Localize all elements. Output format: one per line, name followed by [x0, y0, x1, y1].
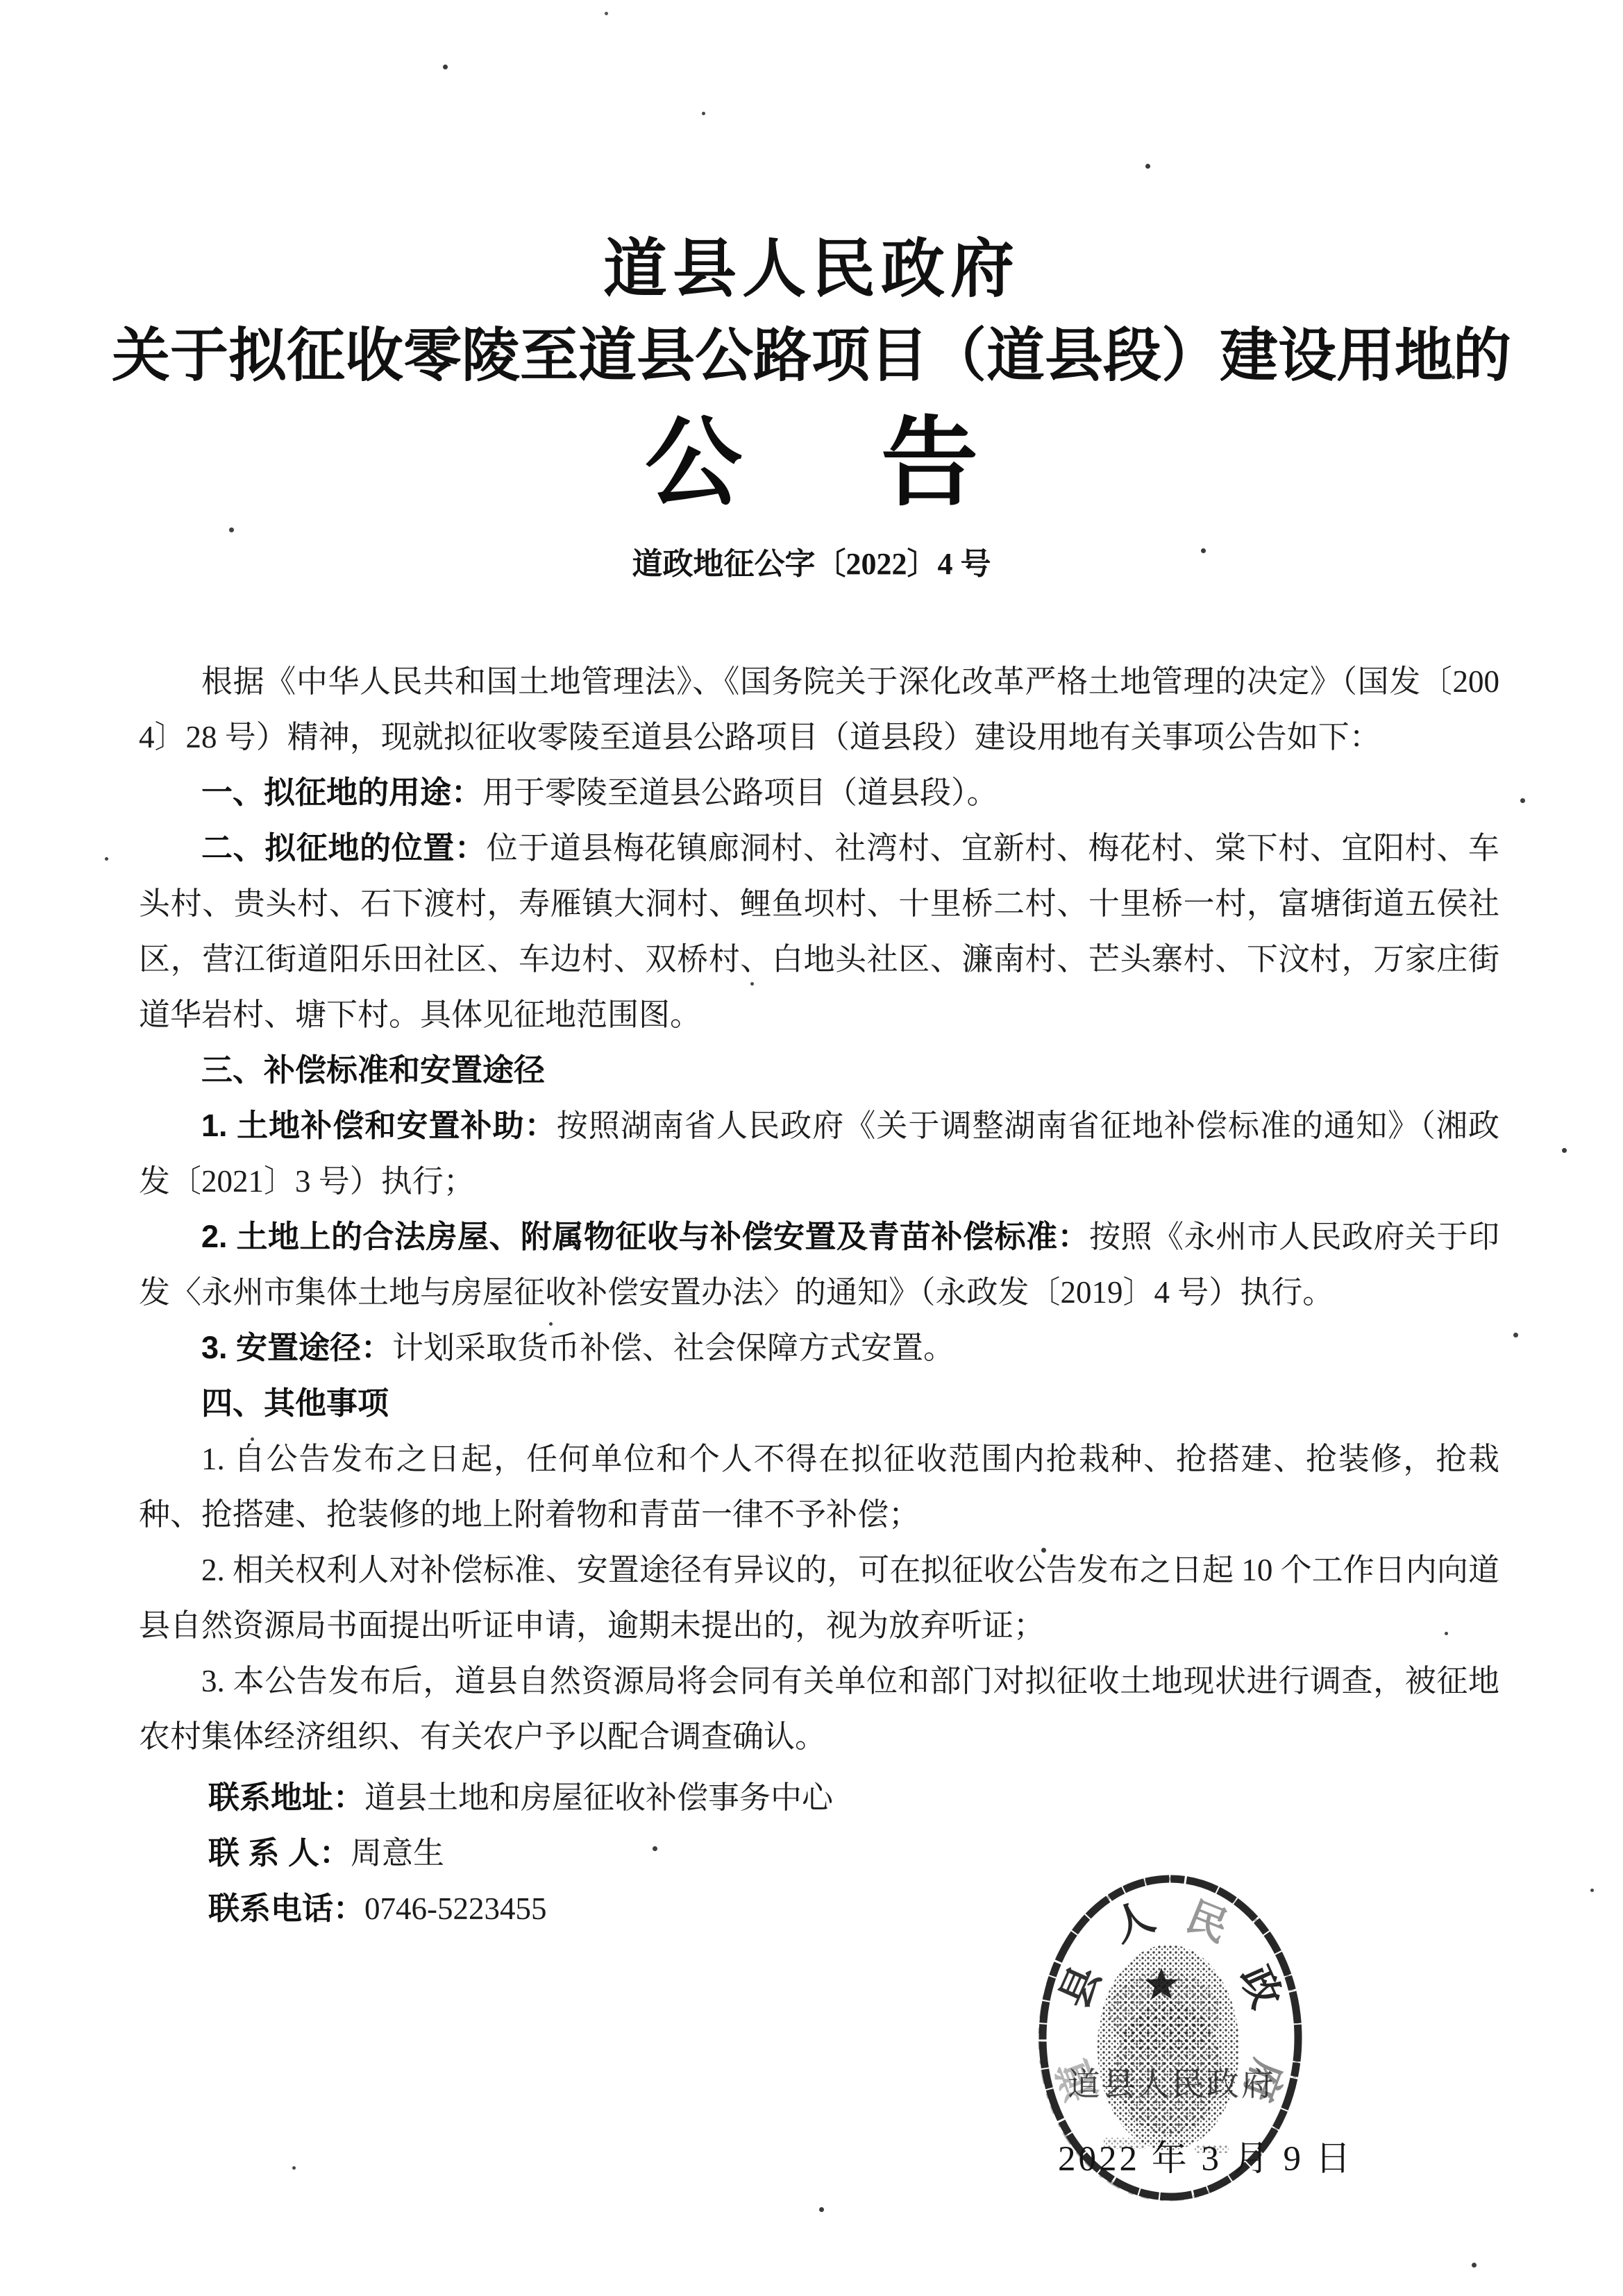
notice-heading-char-1: 公	[645, 410, 742, 518]
contact-address-row: 联系地址：道县土地和房屋征收补偿事务中心	[208, 1770, 833, 1825]
contact-person-label: 联 系 人：	[208, 1835, 351, 1871]
contact-person-value: 周意生	[351, 1836, 444, 1871]
paragraph-house-compensation: 2. 土地上的合法房屋、附属物征收与补偿安置及青苗补偿标准：按照《永州市人民政府…	[139, 1209, 1499, 1320]
announcement-subject-title: 关于拟征收零陵至道县公路项目（道县段）建设用地的	[0, 323, 1623, 391]
paragraph-location: 二、拟征地的位置：位于道县梅花镇廊洞村、社湾村、宜新村、梅花村、棠下村、宜阳村、…	[139, 820, 1499, 1043]
issuing-authority-title: 道县人民政府	[0, 233, 1623, 307]
paragraph-no-rush-planting: 1. 自公告发布之日起，任何单位和个人不得在拟征收范围内抢栽种、抢搭建、抢装修，…	[139, 1431, 1499, 1542]
contact-address-label: 联系地址：	[208, 1780, 364, 1815]
seal-arc-char: 政	[1231, 1959, 1289, 2014]
contact-person-row: 联 系 人：周意生	[208, 1825, 833, 1881]
scanned-announcement-page: 道县人民政府 关于拟征收零陵至道县公路项目（道县段）建设用地的 公告 道政地征公…	[0, 0, 1623, 2296]
seal-arc-char: 府	[1235, 2054, 1291, 2107]
contact-phone-label: 联系电话：	[208, 1891, 364, 1926]
scanner-noise-specks	[0, 0, 2, 2]
contact-phone-row: 联系电话：0746-5223455	[208, 1881, 833, 1936]
notice-heading: 公告	[0, 411, 1623, 518]
seal-arc-char: 县	[1052, 1959, 1109, 2014]
announcement-body: 根据《中华人民共和国土地管理法》、《国务院关于深化改革严格土地管理的决定》（国发…	[139, 654, 1499, 1764]
notice-heading-char-2: 告	[881, 410, 978, 518]
paragraph-basis: 根据《中华人民共和国土地管理法》、《国务院关于深化改革严格土地管理的决定》（国发…	[139, 654, 1499, 765]
paragraph-purpose: 一、拟征地的用途：用于零陵至道县公路项目（道县段）。	[139, 765, 1499, 820]
contact-address-value: 道县土地和房屋征收补偿事务中心	[364, 1780, 833, 1815]
paragraph-resettlement: 3. 安置途径：计划采取货币补偿、社会保障方式安置。	[139, 1320, 1499, 1376]
contact-phone-value: 0746-5223455	[364, 1891, 547, 1926]
seal-arc-char: 道	[1050, 2054, 1106, 2107]
paragraph-survey-cooperation: 3. 本公告发布后，道县自然资源局将会同有关单位和部门对拟征收土地现状进行调查，…	[139, 1653, 1499, 1764]
contact-info: 联系地址：道县土地和房屋征收补偿事务中心 联 系 人：周意生 联系电话：0746…	[208, 1770, 833, 1936]
document-reference-number: 道政地征公字〔2022〕4 号	[0, 539, 1623, 583]
paragraph-land-compensation: 1. 土地补偿和安置补助：按照湖南省人民政府《关于调整湖南省征地补偿标准的通知》…	[139, 1098, 1499, 1209]
seal-arc-char: 民	[1180, 1893, 1234, 1950]
heading-other-matters: 四、其他事项	[139, 1376, 1499, 1431]
heading-compensation: 三、补偿标准和安置途径	[139, 1043, 1499, 1098]
signature-date: 2022 年 3 月 9 日	[1058, 2129, 1354, 2181]
paragraph-hearing-rights: 2. 相关权利人对补偿标准、安置途径有异议的，可在拟征收公告发布之日起 10 个…	[139, 1542, 1499, 1653]
seal-arc-char: 人	[1107, 1893, 1161, 1950]
